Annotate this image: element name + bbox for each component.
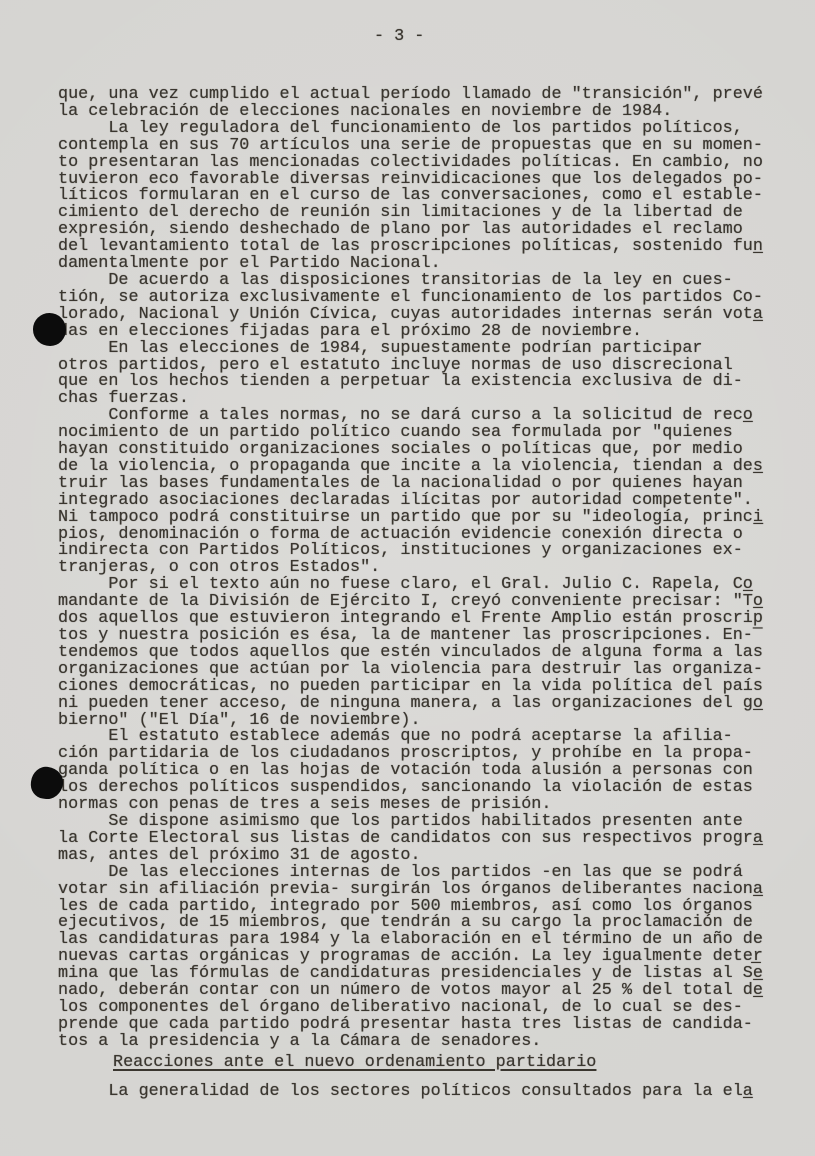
text-line: tos a la presidencia y a la Cámara de se…: [58, 1034, 763, 1051]
section-heading: Reacciones ante el nuevo ordenamiento pa…: [113, 1055, 763, 1072]
scanned-document-page: - 3 - que, una vez cumplido el actual pe…: [0, 0, 815, 1156]
punch-hole-top: [33, 313, 66, 346]
text-line: La generalidad de los sectores políticos…: [58, 1084, 763, 1101]
text-line: to presentaran las mencionadas colectivi…: [58, 155, 763, 172]
page-number: - 3 -: [374, 27, 424, 46]
text-line: En las elecciones de 1984, supuestamente…: [58, 341, 763, 358]
text-line: votar sin afiliación previa- surgirán lo…: [58, 882, 763, 899]
text-line: ni pueden tener acceso, de ninguna maner…: [58, 696, 763, 713]
document-body: que, una vez cumplido el actual período …: [58, 87, 763, 1100]
